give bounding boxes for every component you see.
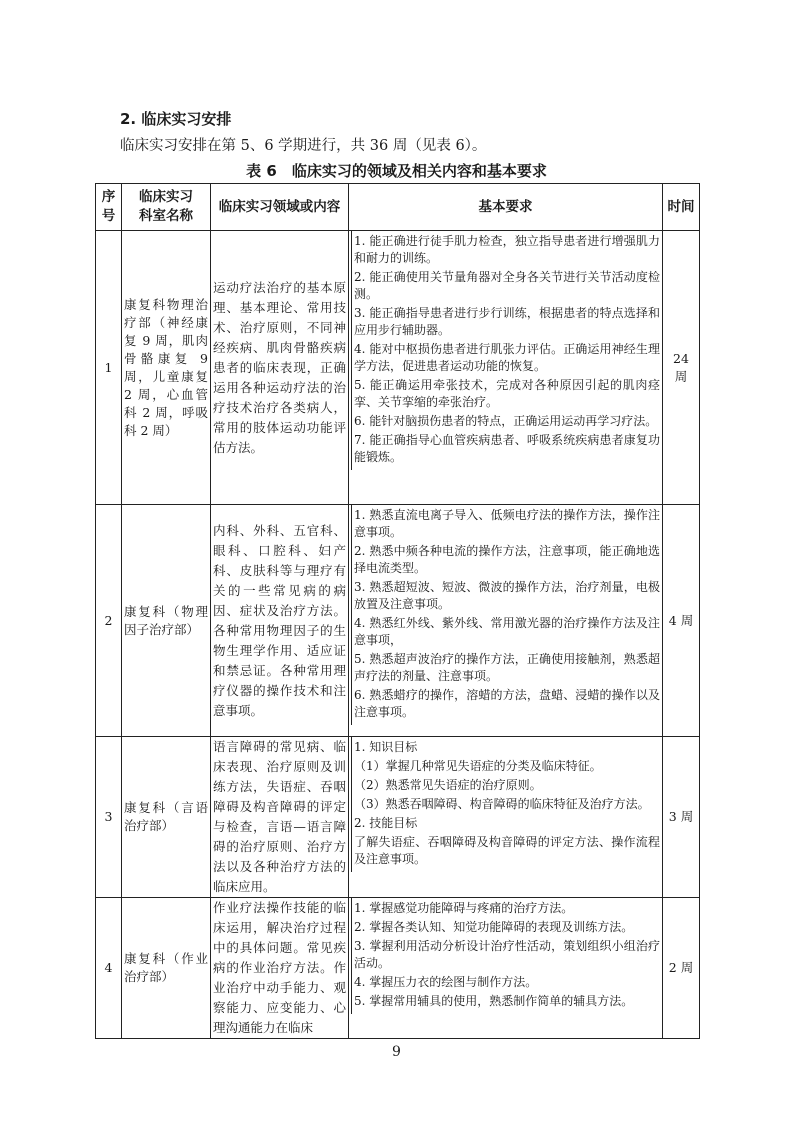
requirement-item: 5. 掌握常用辅具的使用，熟悉制作简单的辅具方法。 [354,993,660,1012]
row-requirements: 1. 能正确进行徒手肌力检查，独立指导患者进行增强肌力和耐力的训练。 2. 能正… [349,231,663,505]
row-index: 3 [96,737,122,898]
requirement-item: 4. 熟悉红外线、紫外线、常用激光器的治疗操作方法及注意事项， [354,615,660,651]
row-dept: 康复科（言语治疗部） [122,737,211,898]
row-content: 运动疗法治疗的基本原理、基本理论、常用技术、治疗原则，不同神经疾病、肌肉骨骼疾病… [211,231,349,505]
row-content: 内科、外科、五官科、眼科、口腔科、妇产科、皮肤科等与理疗有关的一些常见病的病因、… [211,505,349,737]
table-row: 4 康复科（作业治疗部） 作业疗法操作技能的临床运用，解决治疗过程中的具体问题。… [96,898,700,1039]
requirement-item: 3. 能正确指导患者进行步行训练，根据患者的特点选择和应用步行辅助器。 [354,305,660,341]
requirement-item: 2. 技能目标 [354,815,660,834]
table-row: 2 康复科（物理因子治疗部） 内科、外科、五官科、眼科、口腔科、妇产科、皮肤科等… [96,505,700,737]
table-caption: 表 6 临床实习的领域及相关内容和基本要求 [0,160,793,181]
row-time: 4 周 [663,505,700,737]
requirement-item: 5. 熟悉超声波治疗的操作方法，正确使用接触剂，熟悉超声疗法的剂量、注意事项。 [354,651,660,687]
requirement-item: 1. 掌握感觉功能障碍与疼痛的治疗方法。 [354,900,660,919]
requirement-item: 4. 能对中枢损伤患者进行肌张力评估。正确运用神经生理学方法，促进患者运动功能的… [354,341,660,377]
row-requirements: 1. 掌握感觉功能障碍与疼痛的治疗方法。 2. 掌握各类认知、知觉功能障碍的表现… [349,898,663,1039]
requirement-item: （3）熟悉吞咽障碍、构音障碍的临床特征及治疗方法。 [354,796,660,815]
header-dept: 临床实习 科室名称 [122,184,211,231]
header-content: 临床实习领域或内容 [211,184,349,231]
requirement-item: 7. 能正确指导心血管疾病患者、呼吸系统疾病患者康复功能锻炼。 [354,432,660,468]
row-content: 作业疗法操作技能的临床运用，解决治疗过程中的具体问题。常见疾病的作业治疗方法。作… [211,898,349,1039]
row-dept: 康复科（物理因子治疗部） [122,505,211,737]
requirement-item: 3. 熟悉超短波、短波、微波的操作方法，治疗剂量，电极放置及注意事项。 [354,579,660,615]
row-time: 2 周 [663,898,700,1039]
requirement-item: 3. 掌握利用活动分析设计治疗性活动，策划组织小组治疗活动。 [354,938,660,974]
requirement-item: 1. 知识目标 [354,739,660,758]
requirement-item: 1. 熟悉直流电离子导入、低频电疗法的操作方法，操作注意事项。 [354,507,660,543]
row-content: 语言障碍的常见病、临床表现、治疗原则及训练方法，失语症、吞咽障碍及构音障碍的评定… [211,737,349,898]
requirement-item: （1）掌握几种常见失语症的分类及临床特征。 [354,758,660,777]
requirement-item: 2. 熟悉中频各种电流的操作方法，注意事项，能正确地选择电流类型。 [354,543,660,579]
row-requirements: 1. 知识目标 （1）掌握几种常见失语症的分类及临床特征。 （2）熟悉常见失语症… [349,737,663,898]
row-index: 2 [96,505,122,737]
row-dept: 康复科（作业治疗部） [122,898,211,1039]
requirement-item: 4. 掌握压力衣的绘图与制作方法。 [354,974,660,993]
row-time: 24 周 [663,231,700,505]
requirement-item: 6. 能针对脑损伤患者的特点，正确运用运动再学习疗法。 [354,413,660,432]
header-time: 时间 [663,184,700,231]
row-index: 4 [96,898,122,1039]
row-index: 1 [96,231,122,505]
header-dept-line2: 科室名称 [139,208,193,224]
requirement-item: 1. 能正确进行徒手肌力检查，独立指导患者进行增强肌力和耐力的训练。 [354,233,660,269]
row-time: 3 周 [663,737,700,898]
requirement-item: 2. 掌握各类认知、知觉功能障碍的表现及训练方法。 [354,919,660,938]
requirement-item: 了解失语症、吞咽障碍及构音障碍的评定方法、操作流程及注意事项。 [354,834,660,870]
header-index: 序 号 [96,184,122,231]
table-row: 1 康复科物理治疗部（神经康复 9 周，肌肉骨骼康复 9 周，儿童康复 2 周，… [96,231,700,505]
header-index-line1: 序 [102,189,116,205]
row-requirements: 1. 熟悉直流电离子导入、低频电疗法的操作方法，操作注意事项。 2. 熟悉中频各… [349,505,663,737]
requirement-item: 6. 熟悉蜡疗的操作，溶蜡的方法，盘蜡、浸蜡的操作以及注意事项。 [354,687,660,723]
requirement-item: 2. 能正确使用关节量角器对全身各关节进行关节活动度检测。 [354,269,660,305]
row-dept: 康复科物理治疗部（神经康复 9 周，肌肉骨骼康复 9 周，儿童康复 2 周，心血… [122,231,211,505]
internship-table: 序 号 临床实习 科室名称 临床实习领域或内容 基本要求 时间 1 康复科物理治… [95,183,700,1039]
intro-paragraph: 临床实习安排在第 5、6 学期进行，共 36 周（见表 6）。 [120,134,486,155]
header-index-line2: 号 [102,208,116,224]
section-title: 2. 临床实习安排 [120,108,231,129]
table-header-row: 序 号 临床实习 科室名称 临床实习领域或内容 基本要求 时间 [96,184,700,231]
header-dept-line1: 临床实习 [139,189,193,205]
header-requirements: 基本要求 [349,184,663,231]
table-row: 3 康复科（言语治疗部） 语言障碍的常见病、临床表现、治疗原则及训练方法，失语症… [96,737,700,898]
requirement-item: （2）熟悉常见失语症的治疗原则。 [354,777,660,796]
page-number: 9 [0,1044,793,1060]
requirement-item: 5. 能正确运用牵张技术，完成对各种原因引起的肌肉痉挛、关节挛缩的牵张治疗。 [354,377,660,413]
